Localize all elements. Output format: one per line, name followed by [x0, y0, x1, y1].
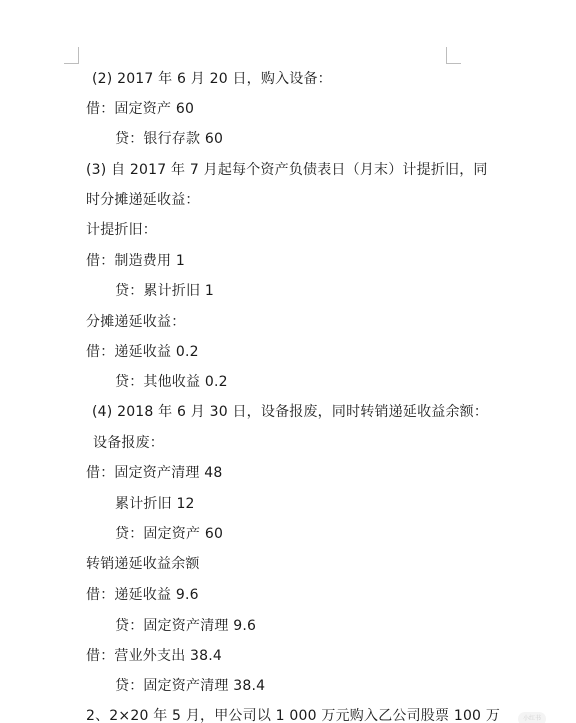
document-line: 2、2×20 年 5 月，甲公司以 1 000 万元购入乙公司股票 100 万	[86, 707, 500, 723]
watermark-badge: 小红书	[518, 712, 546, 723]
document-line: 贷：固定资产清理 9.6	[115, 617, 256, 635]
document-line: (3) 自 2017 年 7 月起每个资产负债表日（月末）计提折旧，同	[86, 161, 488, 179]
document-line: 转销递延收益余额	[86, 555, 200, 573]
document-line: 设备报废：	[93, 434, 164, 452]
document-line: 贷：其他收益 0.2	[115, 373, 228, 391]
document-line: 借：固定资产 60	[86, 100, 194, 118]
document-line: 贷：固定资产 60	[115, 525, 223, 543]
document-line: 借：递延收益 0.2	[86, 343, 199, 361]
document-line: 借：递延收益 9.6	[86, 586, 199, 604]
document-line: 累计折旧 12	[115, 495, 195, 513]
document-line: 贷：固定资产清理 38.4	[115, 677, 265, 695]
document-line: 贷：累计折旧 1	[115, 282, 214, 300]
document-page: (2) 2017 年 6 月 20 日，购入设备：借：固定资产 60贷：银行存款…	[0, 0, 576, 723]
document-line: (4) 2018 年 6 月 30 日，设备报废，同时转销递延收益余额：	[92, 403, 488, 421]
document-line: 借：固定资产清理 48	[86, 464, 222, 482]
document-line: 计提折旧：	[86, 221, 157, 239]
page-corner-mark-left	[64, 47, 79, 64]
page-corner-mark-right	[446, 47, 461, 64]
document-line: 贷：银行存款 60	[115, 130, 223, 148]
document-line: 借：制造费用 1	[86, 252, 185, 270]
document-line: (2) 2017 年 6 月 20 日，购入设备：	[92, 70, 332, 88]
document-line: 时分摊递延收益：	[86, 191, 200, 209]
document-line: 借：营业外支出 38.4	[86, 647, 222, 665]
document-line: 分摊递延收益：	[86, 313, 185, 331]
